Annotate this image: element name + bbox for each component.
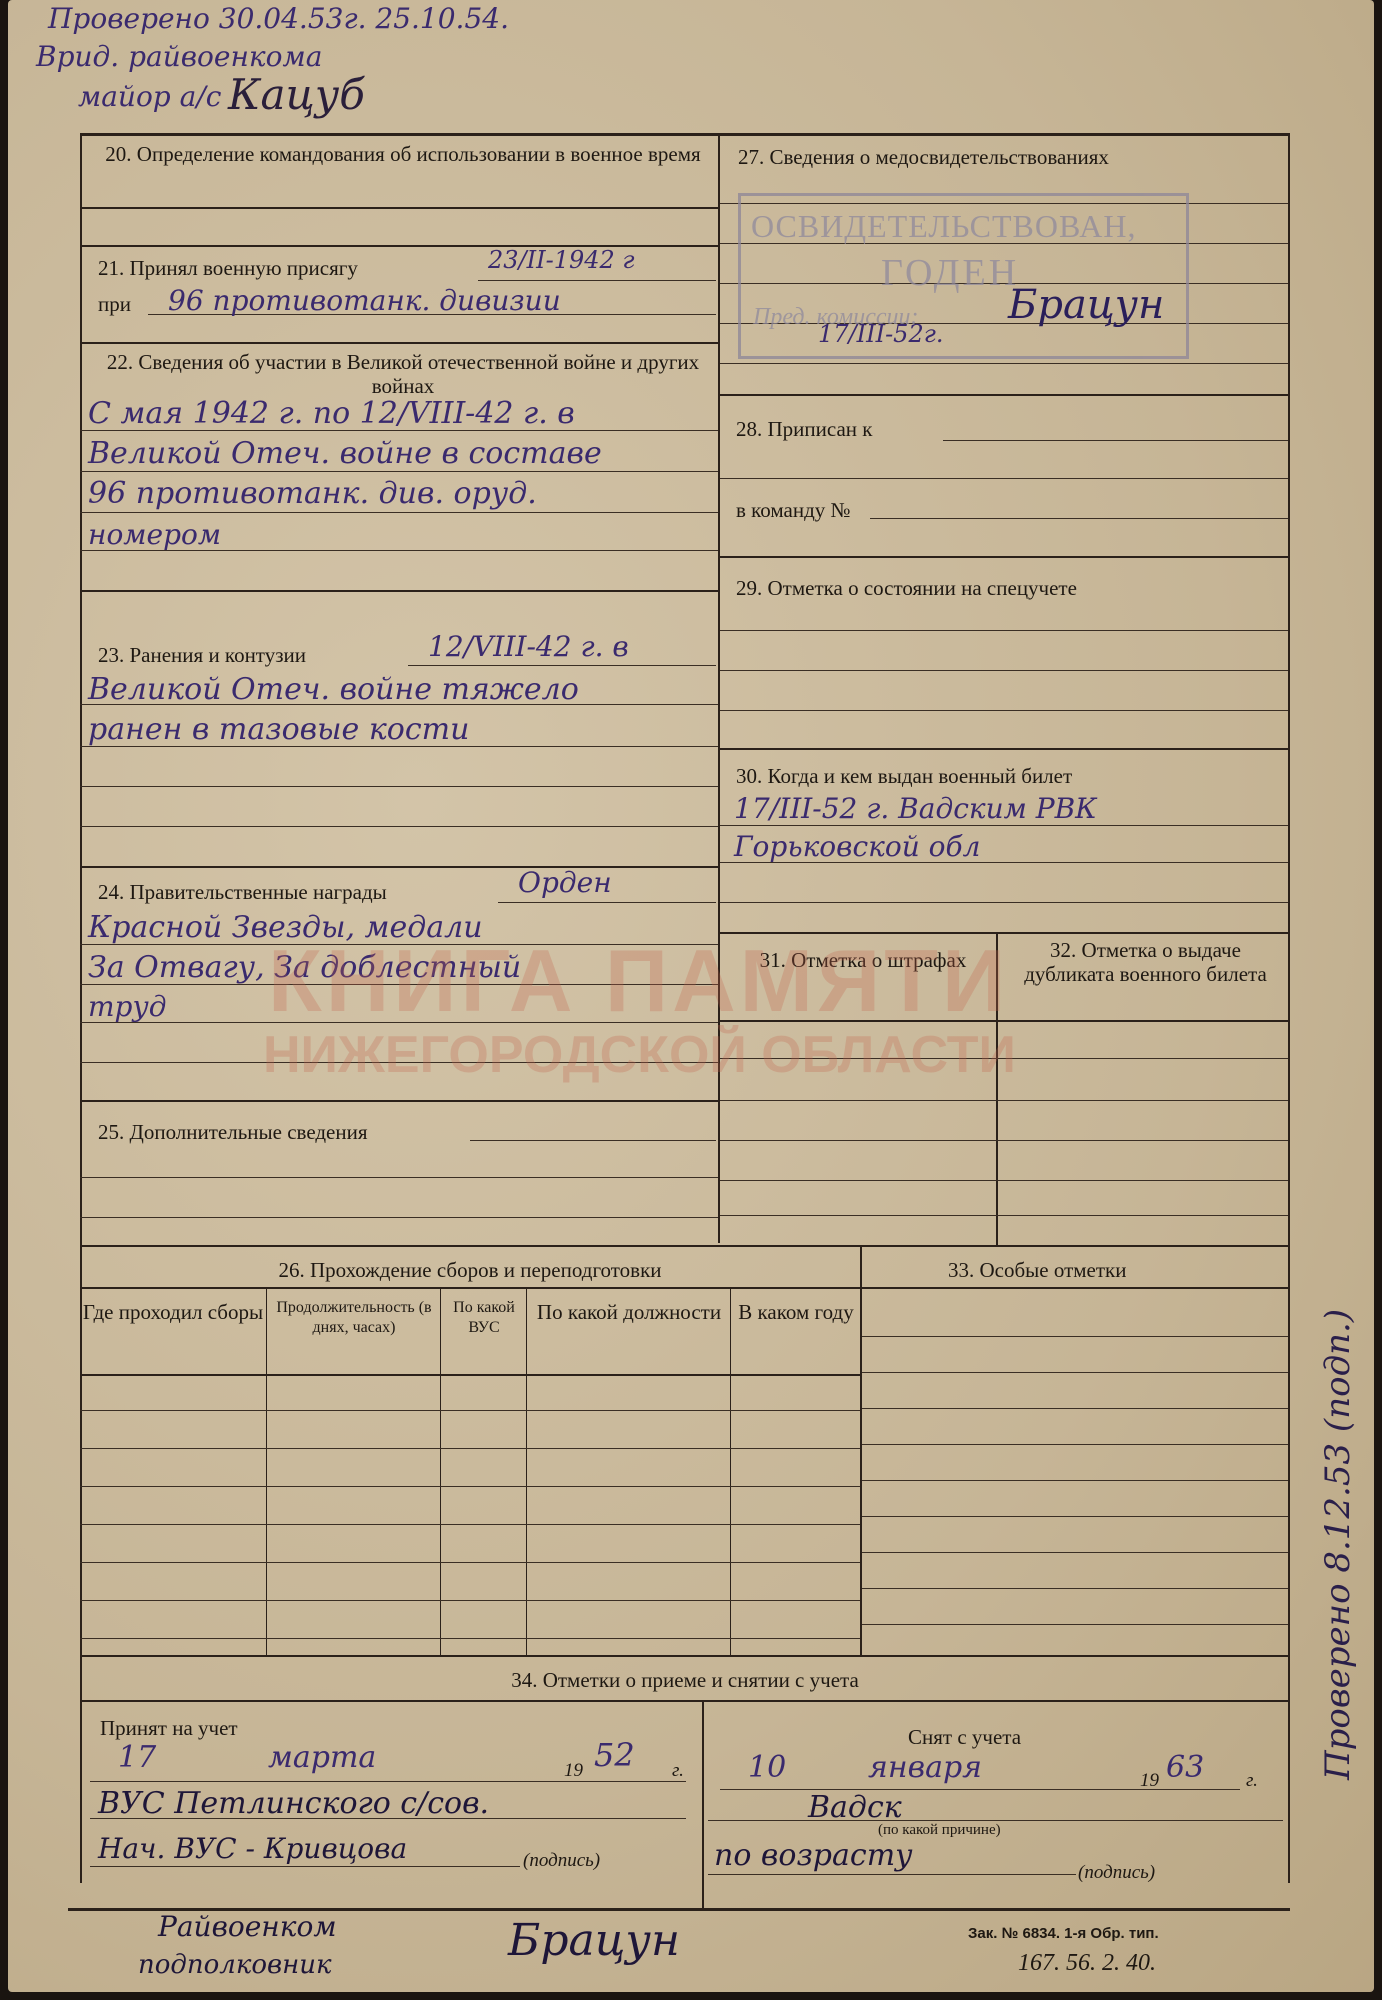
rule — [498, 902, 716, 903]
watermark-line2: НИЖЕГОРОДСКОЙ ОБЛАСТИ — [263, 1025, 1016, 1085]
accepted-year: 52 — [594, 1736, 635, 1774]
s22-line2: Великой Отеч. войне в составе — [88, 436, 602, 471]
rule — [80, 590, 718, 592]
rule — [80, 866, 718, 868]
removed-day: 10 — [748, 1750, 786, 1785]
frame-left — [80, 133, 82, 1883]
medical-stamp: ОСВИДЕТЕЛЬСТВОВАН, ГОДЕН Пред. комиссии: — [738, 193, 1189, 359]
s23-line1: 12/VIII-42 г. в — [428, 630, 629, 663]
stamp-line1: ОСВИДЕТЕЛЬСТВОВАН, — [751, 208, 1137, 245]
rule — [80, 1410, 860, 1411]
accepted-year-prefix: 19 — [564, 1760, 583, 1782]
rule — [720, 1140, 1288, 1141]
s24-line1: Орден — [518, 866, 612, 899]
frame-right — [1288, 133, 1290, 1883]
rule — [80, 550, 718, 551]
frame-top — [80, 133, 1290, 136]
rule — [80, 1245, 1290, 1247]
rule — [720, 394, 1288, 396]
rule — [720, 556, 1288, 558]
bottom-signature: Брацун — [508, 1915, 680, 1966]
rule — [80, 1562, 860, 1563]
accepted-title: Принят на учет — [100, 1716, 238, 1741]
print-number: 167. 56. 2. 40. — [1018, 1950, 1156, 1977]
divider-34 — [702, 1700, 704, 1908]
rule — [870, 518, 1288, 519]
rule — [862, 1624, 1288, 1625]
removed-month: января — [868, 1750, 982, 1785]
s34-label: 34. Отметки о приеме и снятии с учета — [80, 1668, 1290, 1692]
s23-line2: Великой Отеч. войне тяжело — [88, 672, 579, 707]
rule — [720, 630, 1288, 631]
s25-label: 25. Дополнительные сведения — [98, 1120, 368, 1145]
rule — [720, 748, 1288, 750]
s28-label: 28. Приписан к — [736, 417, 872, 442]
rule — [80, 1177, 718, 1178]
rule — [80, 207, 718, 209]
rule — [720, 1180, 1288, 1181]
stamp-line2: ГОДЕН — [881, 251, 1019, 295]
rule — [80, 1638, 860, 1639]
removed-sign-label: (подпись) — [1078, 1862, 1155, 1884]
rule — [90, 1818, 686, 1819]
rule — [80, 704, 718, 705]
accepted-signer: Нач. ВУС - Кривцова — [98, 1832, 407, 1865]
top-signature: Кацуб — [228, 70, 365, 119]
rule — [80, 1287, 1290, 1289]
rule — [80, 1524, 860, 1525]
s26-col-duration: Продолжительность (в днях, часах) — [268, 1298, 440, 1338]
removed-reason-label: (по какой причине) — [878, 1822, 1001, 1839]
rule — [708, 1820, 1283, 1821]
rule — [80, 1486, 860, 1487]
print-info: Зак. № 6834. 1-я Обр. тип. — [968, 1925, 1159, 1942]
accepted-day: 17 — [118, 1740, 156, 1775]
s21-at-value: 96 противотанк. дивизии — [168, 284, 561, 317]
rule — [862, 1372, 1288, 1373]
rule — [478, 280, 716, 281]
s32-label: 32. Отметка о выдаче дубликата военного … — [1003, 938, 1288, 986]
rule — [862, 1552, 1288, 1553]
divider-26-33 — [860, 1245, 862, 1655]
s28-team-label: в команду № — [736, 498, 851, 523]
rule — [80, 471, 718, 472]
s20-label: 20. Определение командования об использо… — [98, 142, 708, 166]
rule — [408, 665, 716, 666]
rule — [80, 746, 718, 747]
s30-label: 30. Когда и кем выдан военный билет — [736, 764, 1072, 789]
rule — [80, 786, 718, 787]
rule — [720, 902, 1288, 903]
rule — [862, 1408, 1288, 1409]
s21-date: 23/II-1942 г — [488, 246, 635, 274]
s27-label: 27. Сведения о медосвидетельствованиях — [738, 145, 1109, 170]
removed-year: 63 — [1166, 1750, 1204, 1785]
rule — [80, 1217, 718, 1218]
rule — [90, 1866, 520, 1867]
rule — [80, 1655, 1290, 1657]
s26-col-year: В каком году — [732, 1300, 860, 1324]
bottom-annotation-line2: подполковник — [138, 1950, 332, 1980]
rule — [708, 1874, 1076, 1875]
rule — [720, 1100, 1288, 1101]
top-annotation-line3: майор а/с — [78, 80, 221, 113]
s22-label: 22. Сведения об участии в Великой отечес… — [98, 350, 708, 398]
accepted-month: марта — [268, 1740, 376, 1775]
s26-label: 26. Прохождение сборов и переподготовки — [80, 1258, 860, 1282]
rule — [720, 1789, 1240, 1790]
s22-line3: 96 противотанк. див. оруд. — [88, 476, 537, 511]
s30-line2: Горьковской обл — [734, 830, 980, 863]
rule — [80, 1374, 860, 1376]
rule — [80, 826, 718, 827]
rule — [720, 478, 1288, 479]
s29-label: 29. Отметка о состоянии на спецучете — [736, 576, 1077, 601]
side-annotation: Проверено 8.12.53 (подп.) — [1318, 1360, 1358, 1780]
s22-line4: номером — [88, 518, 221, 551]
top-annotation-line2: Врид. райвоенкома — [36, 40, 322, 73]
s33-label: 33. Особые отметки — [948, 1258, 1126, 1283]
rule — [720, 363, 1288, 364]
s26-col-where: Где проходил сборы — [80, 1300, 266, 1324]
watermark-line1: КНИГА ПАМЯТИ — [268, 930, 1009, 1032]
top-annotation-line1: Проверено 30.04.53г. 25.10.54. — [48, 2, 509, 35]
s24-line4: труд — [88, 990, 166, 1023]
accepted-by: ВУС Петлинского с/сов. — [98, 1786, 489, 1821]
s24-label: 24. Правительственные награды — [98, 880, 387, 905]
rule — [720, 862, 1288, 863]
s27-signature: Брацун — [1008, 282, 1164, 328]
s23-line3: ранен в тазовые кости — [88, 712, 469, 747]
removed-title: Снят с учета — [908, 1725, 1021, 1750]
rule — [862, 1480, 1288, 1481]
rule — [862, 1336, 1288, 1337]
rule — [720, 825, 1288, 826]
rule — [720, 710, 1288, 711]
s22-line1: С мая 1942 г. по 12/VIII-42 г. в — [88, 396, 575, 431]
rule — [80, 1100, 718, 1102]
rule — [80, 430, 718, 431]
rule — [943, 440, 1288, 441]
document-page: Проверено 30.04.53г. 25.10.54. Врид. рай… — [8, 0, 1374, 1992]
rule — [720, 670, 1288, 671]
rule — [80, 1600, 860, 1601]
s30-line1: 17/III-52 г. Вадским РВК — [734, 792, 1097, 825]
s26-col-position: По какой должности — [528, 1300, 730, 1324]
rule — [862, 1516, 1288, 1517]
bottom-annotation-line1: Райвоенком — [158, 1910, 337, 1943]
rule — [470, 1140, 716, 1141]
accepted-year-suffix: г. — [672, 1760, 684, 1782]
rule — [862, 1588, 1288, 1589]
rule — [720, 1215, 1288, 1216]
removed-reason: по возрасту — [714, 1838, 913, 1873]
rule — [80, 512, 718, 513]
s21-at-label: при — [98, 292, 131, 317]
rule — [90, 1781, 686, 1782]
rule — [80, 1700, 1290, 1702]
s27-date: 17/III-52г. — [818, 320, 943, 348]
rule — [80, 342, 718, 344]
s21-label: 21. Принял военную присягу — [98, 256, 358, 281]
s23-label: 23. Ранения и контузии — [98, 643, 306, 668]
removed-year-suffix: г. — [1246, 1770, 1258, 1792]
s26-col-vus: По какой ВУС — [442, 1298, 526, 1338]
accepted-sign-label: (подпись) — [523, 1850, 600, 1872]
rule — [862, 1444, 1288, 1445]
rule — [80, 1448, 860, 1449]
